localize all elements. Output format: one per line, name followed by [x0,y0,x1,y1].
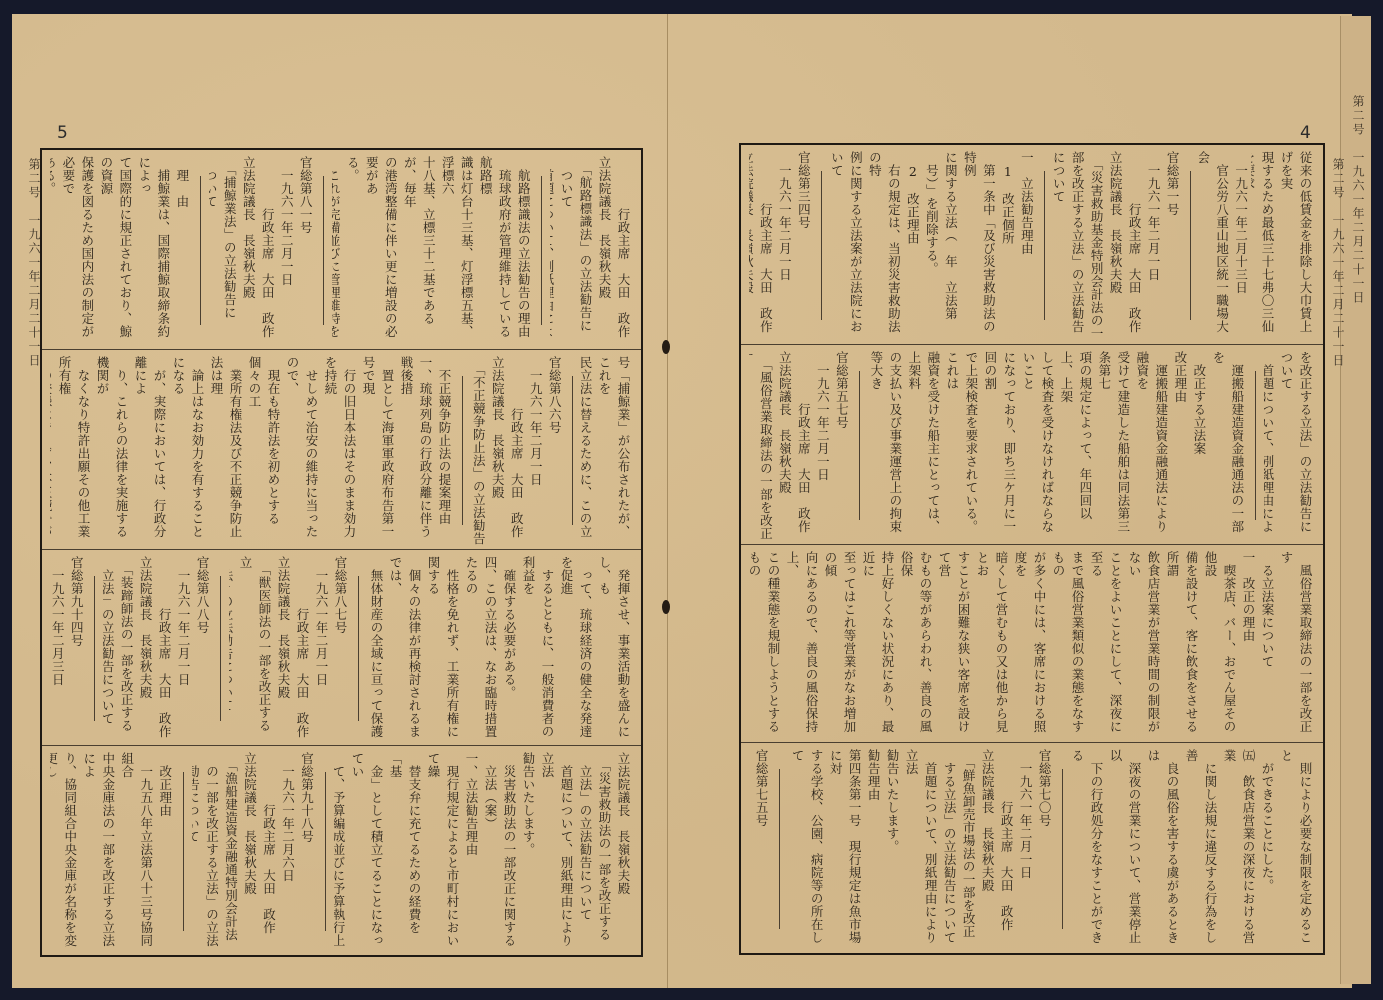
text-block: 運搬船建造資金融通法の一部を 改正する立法案 改正理由 運搬船建造資金融通法によ… [868,351,1247,540]
text-block: 官総第八六号 一九六一年二月一日 行政主席 大田 政作 立法院議長 長嶺秋夫殿 … [471,356,564,545]
divider [1062,769,1063,929]
text-block: 航路標識法の立法勧告の理由 琉球政府が管理維持している航路標 識は灯台十三基、灯… [332,156,533,345]
text-block: 則により必要な制限を定めること ができることにした。 ㈤ 飲食店営業の深夜におけ… [1071,749,1315,949]
left-row-4: 立法院議長 長嶺秋夫殿 「災害救助法の一部を改正する 立法」の立法勧告について … [42,746,641,955]
divider [859,371,860,520]
right-row-1: 従来の低賃金を排除し大巾賃上げを実 現するため最低三十七弗〇三仙を要求 する。 … [741,145,1323,345]
left-row-1: 行政主席 大田 政作 立法院議長 長嶺秋夫殿 「航路標識法」の立法勧告に ついて… [42,150,641,350]
divider [462,376,463,525]
divider [1190,171,1191,320]
text-block: 理 由 捕鯨業は、国際捕鯨取締条約によっ て国際的に規正されており、鯨の資源 保… [50,156,192,345]
right-row-2: を改正する立法」の立法勧告に ついて 首題について、別紙理由により立法 勧告いた… [741,345,1323,545]
binding-hole [662,340,670,354]
divider [541,176,542,325]
right-row-3: 風俗営業取締法の一部を改正す る立法案について 一 改正の理由 喫茶店、バー、お… [741,545,1323,743]
right-page-frame: 従来の低賃金を排除し大巾賃上げを実 現するため最低三十七弗〇三仙を要求 する。 … [739,143,1325,955]
text-block: 改正理由 一九五八年立法第八十三号協同組合 中央金庫法の一部を改正する立法によ … [50,752,175,951]
left-row-2: 号「捕鯨業」が公布されたが、これを 民立法に替えるために、この立法をし たい。 … [42,350,641,550]
left-row-3: 発揮させ、事業活動を盛んにし、も って、琉球経済の健全な発達を促進 するとともに… [42,550,641,746]
divider [220,576,221,721]
left-page-frame: 行政主席 大田 政作 立法院議長 長嶺秋夫殿 「航路標識法」の立法勧告に ついて… [40,148,643,957]
text-block: 官総第八八号 一九六一年二月一日 行政主席 大田 政作 立法院議長 長嶺秋夫殿 … [103,556,212,741]
text-block: 従来の低賃金を排除し大巾賃上げを実 現するため最低三十七弗〇三仙を要求 する。 [1251,151,1315,340]
page-gutter [667,14,668,988]
divider [323,176,324,325]
text-block: 行政主席 大田 政作 立法院議長 長嶺秋夫殿 「航路標識法」の立法勧告に ついて… [550,156,633,345]
text-block: 一 立法勧告理由 1 改正個所 第一条中「及び災害救助法の特例 に関する立法（ … [830,151,1036,340]
left-page-number: 5 [57,123,68,143]
divider [325,772,326,931]
text-block: 官総第九十四号 一九六一年二月三日 行政主席 大田 政作 [50,556,86,741]
divider [200,176,201,325]
divider [94,576,95,721]
divider [821,171,822,320]
text-block: 官総第八一号 一九六一年二月一日 行政主席 大田 政作 立法院議長 長嶺秋夫殿 … [209,156,315,345]
next-page-side-header: 第二号 一九六一年二月二十一日 [1350,95,1367,305]
divider [358,576,359,721]
divider [183,772,184,931]
text-block: 風俗営業取締法の一部を改正す る立法案について 一 改正の理由 喫茶店、バー、お… [749,551,1315,738]
text-block: 官総第三四号 一九六一年二月一日 行政主席 大田 政作 立法院議長 長嶺秋夫殿 … [749,151,813,340]
text-block: 官総第七五号 一九六一年二月一日 [749,749,771,949]
binding-hole [662,600,670,614]
text-block: 官総第七〇号 一九六一年二月一日 行政主席 大田 政作 立法院議長 長嶺秋夫殿 … [788,749,1054,949]
right-side-header: 第二号 一九六一年二月二十一日 [1330,158,1347,368]
text-block: 官総第五七号 一九六一年二月一日 行政主席 大田 政作 立法院議長 長嶺秋夫殿 … [749,351,851,540]
right-page-number: 4 [1300,123,1311,143]
text-block: 発揮させ、事業活動を盛んにし、も って、琉球経済の健全な発達を促進 するとともに… [367,556,633,741]
text-block: 一九六一年二月十三日 官公労八重山地区統一職場大会 議長 石垣良雄 [1199,151,1251,340]
text-block: 官総第八七号 一九六一年二月一日 行政主席 大田 政作 立法院議長 長嶺秋夫殿 … [229,556,350,741]
divider [779,769,780,929]
divider [1044,171,1045,320]
right-row-4: 則により必要な制限を定めること ができることにした。 ㈤ 飲食店営業の深夜におけ… [741,743,1323,953]
text-block: 立法院議長 長嶺秋夫殿 「災害救助法の一部を改正する 立法」の立法勧告について … [334,752,633,951]
text-block: 官総第九十八号 一九六一年二月六日 行政主席 大田 政作 立法院議長 長嶺秋夫殿… [192,752,317,951]
divider [572,376,573,525]
divider [1255,371,1256,520]
text-block: 号「捕鯨業」が公布されたが、これを 民立法に替えるために、この立法をし たい。 [581,356,633,545]
text-block: 官総第一号 一九六一年二月一日 行政主席 大田 政作 立法院議長 長嶺秋夫殿 「… [1053,151,1182,340]
text-block: 不正競争防止法の提案理由 一、琉球列島の行政分離に伴う戦後措 置として海軍軍政府… [50,356,454,545]
text-block: を改正する立法」の立法勧告に ついて 首題について、別紙理由により立法 勧告いた… [1264,351,1315,540]
